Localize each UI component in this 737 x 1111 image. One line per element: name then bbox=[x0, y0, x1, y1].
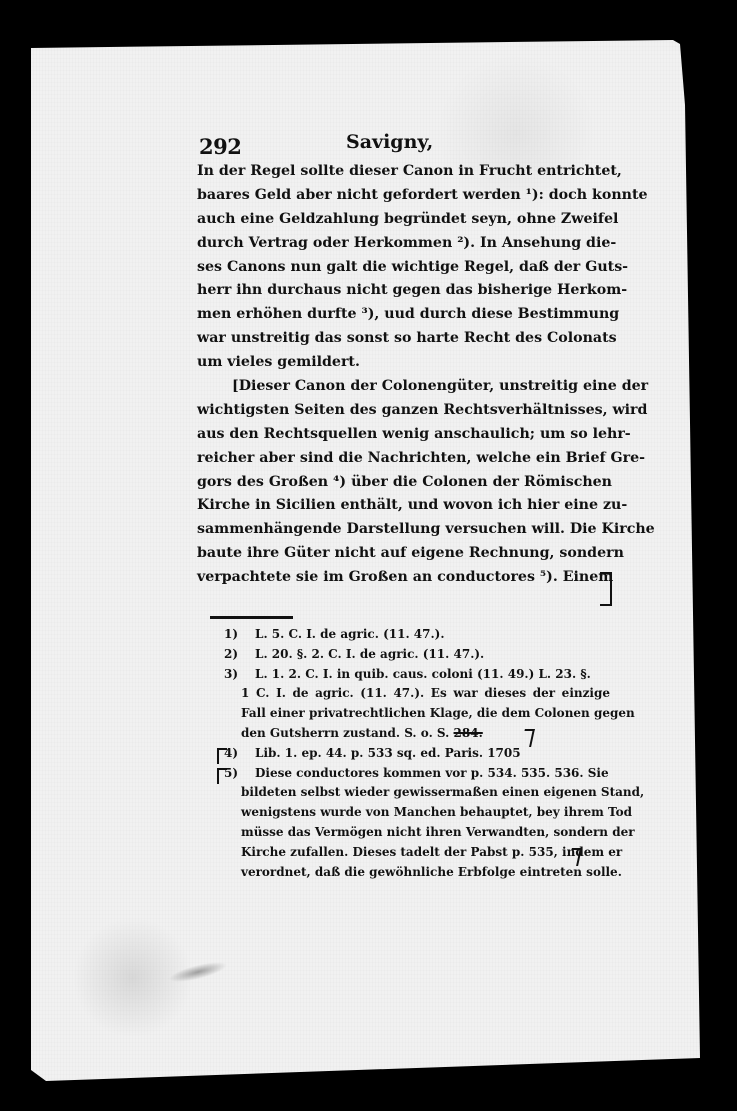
struck-reference: 284. bbox=[454, 726, 483, 740]
editorial-bracket-mark bbox=[217, 768, 227, 784]
body-line: herr ihn durchaus nicht gegen das bisher… bbox=[197, 279, 612, 303]
running-head: Savigny, bbox=[346, 131, 433, 153]
footnote-3: 3)L. 1. 2. C. I. in quib. caus. coloni (… bbox=[224, 665, 610, 685]
footnote-continuation: Fall einer privatrechtlichen Klage, die … bbox=[224, 704, 610, 724]
editorial-bracket-mark bbox=[217, 748, 227, 764]
editorial-bracket-mark bbox=[600, 572, 612, 606]
body-line: ses Canons nun galt die wichtige Regel, … bbox=[197, 256, 612, 280]
body-text: In der Regel sollte dieser Canon in Fruc… bbox=[197, 160, 612, 590]
body-line: baares Geld aber nicht gefordert werden … bbox=[197, 184, 612, 208]
footnote-rule bbox=[210, 616, 293, 619]
body-line: auch eine Geldzahlung begründet seyn, oh… bbox=[197, 208, 612, 232]
body-line: gors des Großen ⁴) über die Colonen der … bbox=[197, 471, 612, 495]
footnote-continuation: den Gutsherrn zustand. S. o. S. 284. bbox=[224, 724, 610, 744]
footnote-continuation: Kirche zufallen. Dieses tadelt der Pabst… bbox=[224, 843, 610, 863]
body-line: men erhöhen durfte ³), uud durch diese B… bbox=[197, 303, 612, 327]
body-line: reicher aber sind die Nachrichten, welch… bbox=[197, 447, 612, 471]
footnote-5: 5)Diese conductores kommen vor p. 534. 5… bbox=[224, 764, 610, 784]
footnote-continuation: 1 C. I. de agric. (11. 47.). Es war dies… bbox=[224, 684, 610, 704]
footnote-number: 3) bbox=[224, 665, 255, 685]
body-line: verpachtete sie im Großen an conductores… bbox=[197, 566, 598, 590]
body-line: aus den Rechtsquellen wenig anschaulich;… bbox=[197, 423, 612, 447]
footnote-number: 4) bbox=[224, 744, 255, 764]
footnote-continuation: bildeten selbst wieder gewissermaßen ein… bbox=[224, 783, 610, 803]
footnote-continuation: müsse das Vermögen nicht ihren Verwandte… bbox=[224, 823, 610, 843]
footnote-text: L. 5. C. I. de agric. (11. 47.). bbox=[255, 627, 445, 641]
footnote-2: 2)L. 20. §. 2. C. I. de agric. (11. 47.)… bbox=[224, 645, 610, 665]
body-line: In der Regel sollte dieser Canon in Fruc… bbox=[197, 160, 612, 184]
footnote-text: L. 20. §. 2. C. I. de agric. (11. 47.). bbox=[255, 647, 484, 661]
footnotes: 1)L. 5. C. I. de agric. (11. 47.). 2)L. … bbox=[224, 625, 610, 882]
body-line: war unstreitig das sonst so harte Recht … bbox=[197, 327, 612, 351]
footnote-continuation: wenigstens wurde von Manchen behauptet, … bbox=[224, 803, 610, 823]
body-line: baute ihre Güter nicht auf eigene Rechnu… bbox=[197, 542, 612, 566]
footnote-text: Diese conductores kommen vor p. 534. 535… bbox=[255, 766, 609, 780]
body-line: um vieles gemildert. bbox=[197, 351, 612, 375]
footnote-1: 1)L. 5. C. I. de agric. (11. 47.). bbox=[224, 625, 610, 645]
page-number: 292 bbox=[199, 134, 241, 159]
body-line: durch Vertrag oder Herkommen ²). In Anse… bbox=[197, 232, 612, 256]
footnote-text: Lib. 1. ep. 44. p. 533 sq. ed. Paris. 17… bbox=[255, 746, 521, 760]
footnote-number: 2) bbox=[224, 645, 255, 665]
footnote-continuation: verordnet, daß die gewöhnliche Erbfolge … bbox=[224, 863, 610, 883]
footnote-number: 5) bbox=[224, 764, 255, 784]
body-line: Kirche in Sicilien enthält, und wovon ic… bbox=[197, 494, 612, 518]
footnote-number: 1) bbox=[224, 625, 255, 645]
body-line: wichtigsten Seiten des ganzen Rechtsverh… bbox=[197, 399, 612, 423]
footnote-text: den Gutsherrn zustand. S. o. S. bbox=[241, 726, 449, 740]
footnote-text: L. 1. 2. C. I. in quib. caus. coloni (11… bbox=[255, 667, 591, 681]
body-line: sammenhängende Darstellung versuchen wil… bbox=[197, 518, 612, 542]
footnote-4: 4)Lib. 1. ep. 44. p. 533 sq. ed. Paris. … bbox=[224, 744, 610, 764]
body-line: [Dieser Canon der Colonengüter, unstreit… bbox=[197, 375, 612, 399]
